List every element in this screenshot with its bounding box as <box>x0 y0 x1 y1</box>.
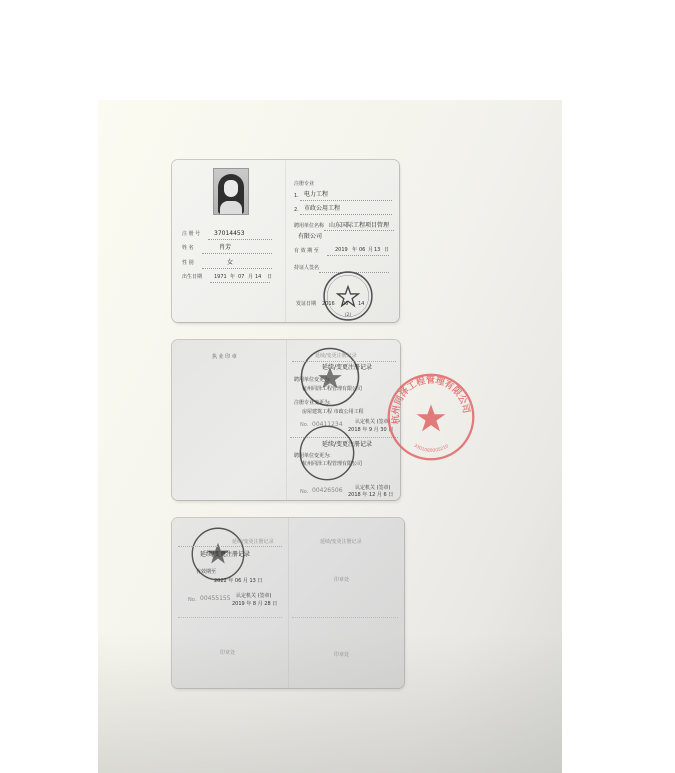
valid-label: 有 效 期 至 <box>294 249 319 254</box>
record-no-left: 00455155 <box>200 596 231 602</box>
svg-text:3301080005210: 3301080005210 <box>413 443 450 454</box>
card-fold <box>288 518 289 688</box>
seal-label-right-bottom: 印章处 <box>334 653 349 658</box>
year-char: 年 <box>352 248 357 253</box>
specialty-changed-label: 注册专业变更为: <box>294 401 331 406</box>
record-date-left: 2019 年 8 月 28 日 <box>232 602 277 607</box>
holder-sign-label: 持证人签名 <box>294 266 319 271</box>
employer-label: 聘用单位名称 <box>294 224 324 229</box>
no-label: No. <box>300 490 308 495</box>
birth-year: 1971 <box>214 275 227 280</box>
card-fold <box>286 340 287 500</box>
cert-no-label: 注 册 号 <box>182 232 200 237</box>
practice-seal-heading: 执 业 印 章 <box>212 355 237 360</box>
svg-text:(2): (2) <box>345 312 352 318</box>
day-char: 日 <box>267 275 272 280</box>
specialty-label: 注册专业 <box>294 182 314 187</box>
specialty-changed-value: 房屋建筑工程 市政公用工程 <box>302 410 364 415</box>
birth-label: 出生日期 <box>182 275 202 280</box>
name-value: 肖芳 <box>219 245 231 251</box>
card-fold <box>285 160 286 322</box>
cert-no-value: 37014453 <box>214 231 245 237</box>
record2-date: 2018 年 12 月 6 日 <box>348 493 393 498</box>
employer-changed-value: 杭州同泽工程管理有限公司 <box>302 387 362 392</box>
issue-month: 06 <box>342 302 348 307</box>
month-char: 月 <box>248 275 253 280</box>
no-label: No. <box>188 598 196 603</box>
gender-label: 性 别 <box>182 261 194 266</box>
month-char: 月 <box>368 248 373 253</box>
record1-title: 延续/变更注册记录 <box>315 354 357 359</box>
year-char: 年 <box>230 275 235 280</box>
specialty-1-no: 1. <box>294 194 299 199</box>
record2-no: 00426506 <box>312 488 343 494</box>
record-title-left: 延续/变更注册记录 <box>232 540 274 545</box>
issue-day: 14 <box>358 302 364 307</box>
specialty-2: 市政公用工程 <box>304 206 340 212</box>
ministry-seal: (2) <box>322 270 374 322</box>
employer-changed-label-2: 聘用单位变更为: <box>294 454 331 459</box>
valid-day: 13 <box>374 248 380 253</box>
seal-label-right-top: 印章处 <box>334 578 349 583</box>
valid-month: 06 <box>359 248 365 253</box>
birth-day: 14 <box>255 275 261 280</box>
birth-month: 07 <box>238 275 244 280</box>
day-char: 日 <box>384 248 389 253</box>
record-heading-left: 延续/变更注册记录 <box>200 552 250 558</box>
record1-heading: 延续/变更注册记录 <box>322 365 372 371</box>
issue-year: 2016 <box>322 302 335 307</box>
authority-label-left: 认定机关 (签章) <box>236 594 272 599</box>
record-title-right: 延续/变更注册记录 <box>320 540 362 545</box>
employer-changed-value-2: 杭州同泽工程管理有限公司 <box>302 462 362 467</box>
valid-label-left: 有效期至 <box>196 570 216 575</box>
company-seal: 杭州同泽工程管理有限公司 3301080005210 <box>386 372 476 462</box>
issue-label: 发证日期 <box>296 302 316 307</box>
registration-card-renewal-2: 延续/变更注册记录 延续/变更注册记录 有效期至 2022 年 06 月 13 … <box>172 518 404 688</box>
gender-value: 女 <box>227 260 233 266</box>
registration-card-renewal-1: 执 业 印 章 延续/变更注册记录 延续/变更注册记录 聘用单位变更为: 杭州同… <box>172 340 400 500</box>
record2-heading: 延续/变更注册记录 <box>322 442 372 448</box>
scanned-page: 注 册 号 37014453 姓 名 肖芳 性 别 女 出生日期 1971 年 … <box>98 100 562 773</box>
employer-line1: 山东国际工程项目管理 <box>329 223 389 229</box>
valid-date-left: 2022 年 06 月 13 日 <box>214 579 262 584</box>
specialty-2-no: 2. <box>294 208 299 213</box>
valid-year: 2019 <box>335 248 348 253</box>
specialty-1: 电力工程 <box>304 192 328 198</box>
employer-changed-label: 聘用单位变更为: <box>294 378 331 383</box>
name-label: 姓 名 <box>182 246 194 251</box>
authority-label-2: 认定机关 (签章) <box>355 486 391 491</box>
employer-line2: 有限公司 <box>298 234 322 240</box>
registration-card-front: 注 册 号 37014453 姓 名 肖芳 性 别 女 出生日期 1971 年 … <box>172 160 399 322</box>
seal-label-left: 印章处 <box>220 651 235 656</box>
holder-photo <box>213 168 249 215</box>
